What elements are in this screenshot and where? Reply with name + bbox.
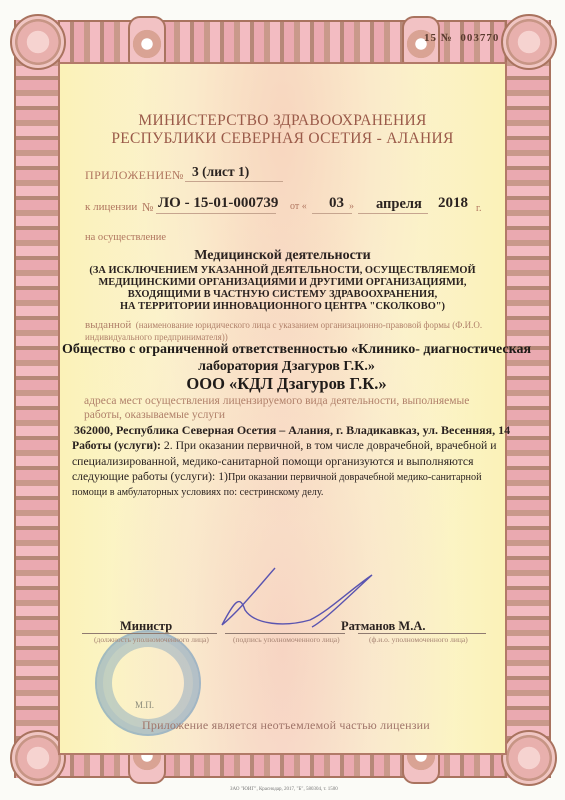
license-year-suffix: г. <box>476 203 481 214</box>
appendix-underline <box>185 181 283 182</box>
license-number-sign: № <box>142 200 153 215</box>
license-day-underline <box>312 213 352 214</box>
name-underline <box>358 633 486 634</box>
license-appendix-sheet: 15 № 003770 МИНИСТЕРСТВО ЗДРАВООХРАНЕНИЯ… <box>0 0 565 800</box>
license-label: к лицензии <box>85 201 137 213</box>
corner-rosette-icon <box>501 730 557 786</box>
works-text-3a: следующие работы (услуги): 1) <box>72 470 228 483</box>
organization-name-line-2: лаборатория Дзагуров Г.К.» <box>62 358 511 375</box>
activity-address: 362000, Республика Северная Осетия – Ала… <box>74 423 510 438</box>
works-text-1: 2. При оказании первичной, в том числе д… <box>161 439 497 452</box>
license-month: апреля <box>376 196 422 213</box>
corner-rosette-icon <box>501 14 557 70</box>
address-section-label-line-2: работы, оказываемые услуги <box>84 408 225 422</box>
issuer-line-2: РЕСПУБЛИКИ СЕВЕРНАЯ ОСЕТИЯ - АЛАНИЯ <box>0 130 565 148</box>
issued-to-note-line-1: (наименование юридического лица с указан… <box>136 320 482 330</box>
works-text-3b: При оказании первичной доврачебной медик… <box>228 472 482 483</box>
activity-label: на осуществление <box>85 232 166 243</box>
seal-mark: М.П. <box>135 700 154 710</box>
activity-sub-line: ВХОДЯЩИМИ В ЧАСТНУЮ СИСТЕМУ ЗДРАВООХРАНЕ… <box>58 289 507 302</box>
issued-to-note: выданной (наименование юридического лица… <box>85 320 482 331</box>
works-line-4: помощи в амбулаторных условиях по: сестр… <box>72 485 323 500</box>
activity-title: Медицинской деятельности <box>58 248 507 264</box>
activity-sub-line: НА ТЕРРИТОРИИ ИННОВАЦИОННОГО ЦЕНТРА "СКО… <box>58 301 507 314</box>
serial-value: 003770 <box>460 32 499 44</box>
license-number-underline <box>156 213 276 214</box>
address-section-label-line-1: адреса мест осуществления лицензируемого… <box>84 394 469 408</box>
license-year: 2018 <box>438 195 468 212</box>
signature-underline <box>225 633 345 634</box>
works-label: Работы (услуги): <box>72 439 161 452</box>
works-line-1: Работы (услуги): 2. При оказании первичн… <box>72 438 496 453</box>
appendix-label: ПРИЛОЖЕНИЕ <box>85 168 172 183</box>
serial-number: 15 № 003770 <box>424 32 499 44</box>
serial-series: 15 <box>424 32 437 44</box>
issued-to-label: выданной <box>85 319 131 331</box>
works-line-3: следующие работы (услуги): 1)При оказани… <box>72 469 482 485</box>
license-number: ЛО - 15-01-000739 <box>158 195 278 212</box>
license-day-close: » <box>349 201 354 212</box>
signatory-name: Ратманов М.А. <box>341 619 425 634</box>
signatory-position: Министр <box>120 619 172 634</box>
appendix-statement: Приложение является неотъемлемой частью … <box>142 718 430 733</box>
signature-caption: (подпись уполномоченного лица) <box>233 635 340 644</box>
license-date-prefix: от « <box>290 201 307 212</box>
printer-imprint: ЗАО "ЮИГ", Краснодар, 2017, "Б", 580304,… <box>230 787 338 792</box>
organization-name-line-1: Общество с ограниченной ответственностью… <box>62 341 511 358</box>
appendix-number-sign: № <box>172 168 183 183</box>
license-day: 03 <box>329 195 344 212</box>
activity-sub-line: МЕДИЦИНСКИМИ ОРГАНИЗАЦИЯМИ И ДРУГИМИ ОРГ… <box>58 277 507 290</box>
license-month-underline <box>358 213 428 214</box>
works-line-2: специализированной, медико-санитарной по… <box>72 454 473 469</box>
serial-number-sign: № <box>441 32 453 44</box>
organization-short-name: ООО «КДЛ Дзагуров Г.К.» <box>62 374 511 394</box>
appendix-number: 3 (лист 1) <box>192 164 249 180</box>
issuer-line-1: МИНИСТЕРСТВО ЗДРАВООХРАНЕНИЯ <box>0 112 565 130</box>
activity-sub-line: (ЗА ИСКЛЮЧЕНИЕМ УКАЗАННОЙ ДЕЯТЕЛЬНОСТИ, … <box>58 265 507 278</box>
position-underline <box>82 633 217 634</box>
position-caption: (должность уполномоченного лица) <box>94 635 209 644</box>
name-caption: (ф.и.о. уполномоченного лица) <box>369 635 468 644</box>
